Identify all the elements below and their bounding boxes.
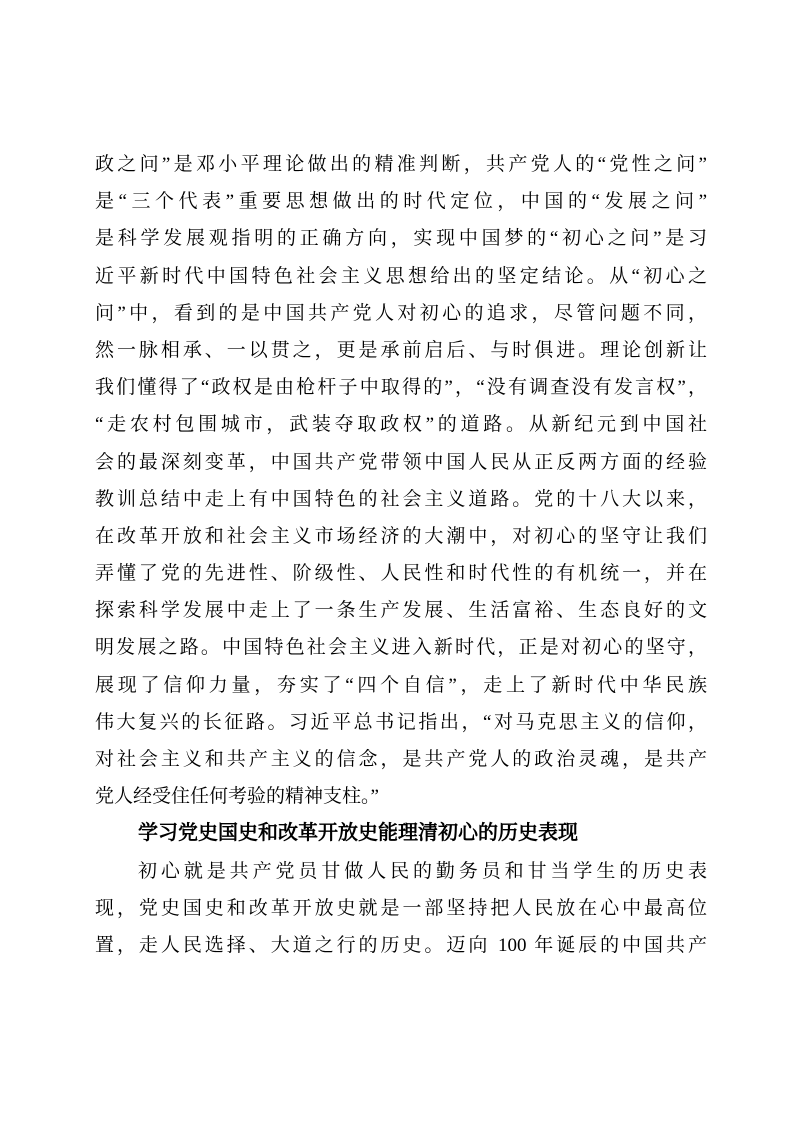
body-line: 是“三个代表”重要思想做出的时代定位，中国的“发展之问” [95,183,707,220]
body-line: 近平新时代中国特色社会主义思想给出的坚定结论。从“初心之 [95,258,707,295]
body-line: 在改革开放和社会主义市场经济的大潮中，对初心的坚守让我们 [95,518,707,555]
section-heading: 学习党史国史和改革开放史能理清初心的历史表现 [95,815,707,852]
body-line: 弄懂了党的先进性、阶级性、人民性和时代性的有机统一，并在 [95,555,707,592]
body-line: 现，党史国史和改革开放史就是一部坚持把人民放在心中最高位 [95,890,707,927]
body-line: 我们懂得了“政权是由枪杆子中取得的”，“没有调查没有发言权”， [95,369,707,406]
body-line: 问”中，看到的是中国共产党人对初心的追求，尽管问题不同， [95,295,707,332]
body-line-paragraph-start: 初心就是共产党员甘做人民的勤务员和甘当学生的历史表 [95,853,707,890]
body-line: 会的最深刻变革，中国共产党带领中国人民从正反两方面的经验 [95,444,707,481]
body-line: 然一脉相承、一以贯之，更是承前启后、与时俱进。理论创新让 [95,332,707,369]
body-line-paragraph-end: 党人经受住任何考验的精神支柱。” [95,778,707,815]
body-line: 置，走人民选择、大道之行的历史。迈向 100 年诞辰的中国共产 [95,927,707,964]
body-line: “走农村包围城市，武装夺取政权”的道路。从新纪元到中国社 [95,406,707,443]
body-line: 明发展之路。中国特色社会主义进入新时代，正是对初心的坚守， [95,629,707,666]
body-line: 伟大复兴的长征路。习近平总书记指出，“对马克思主义的信仰， [95,704,707,741]
body-line: 展现了信仰力量，夯实了“四个自信”，走上了新时代中华民族 [95,667,707,704]
body-line: 教训总结中走上有中国特色的社会主义道路。党的十八大以来， [95,481,707,518]
body-line: 是科学发展观指明的正确方向，实现中国梦的“初心之问”是习 [95,220,707,257]
body-line: 探索科学发展中走上了一条生产发展、生活富裕、生态良好的文 [95,592,707,629]
body-line: 政之问”是邓小平理论做出的精准判断，共产党人的“党性之问” [95,146,707,183]
document-text-block: 政之问”是邓小平理论做出的精准判断，共产党人的“党性之问” 是“三个代表”重要思… [95,146,707,964]
body-line: 对社会主义和共产主义的信念，是共产党人的政治灵魂，是共产 [95,741,707,778]
document-page: 政之问”是邓小平理论做出的精准判断，共产党人的“党性之问” 是“三个代表”重要思… [0,0,793,1122]
